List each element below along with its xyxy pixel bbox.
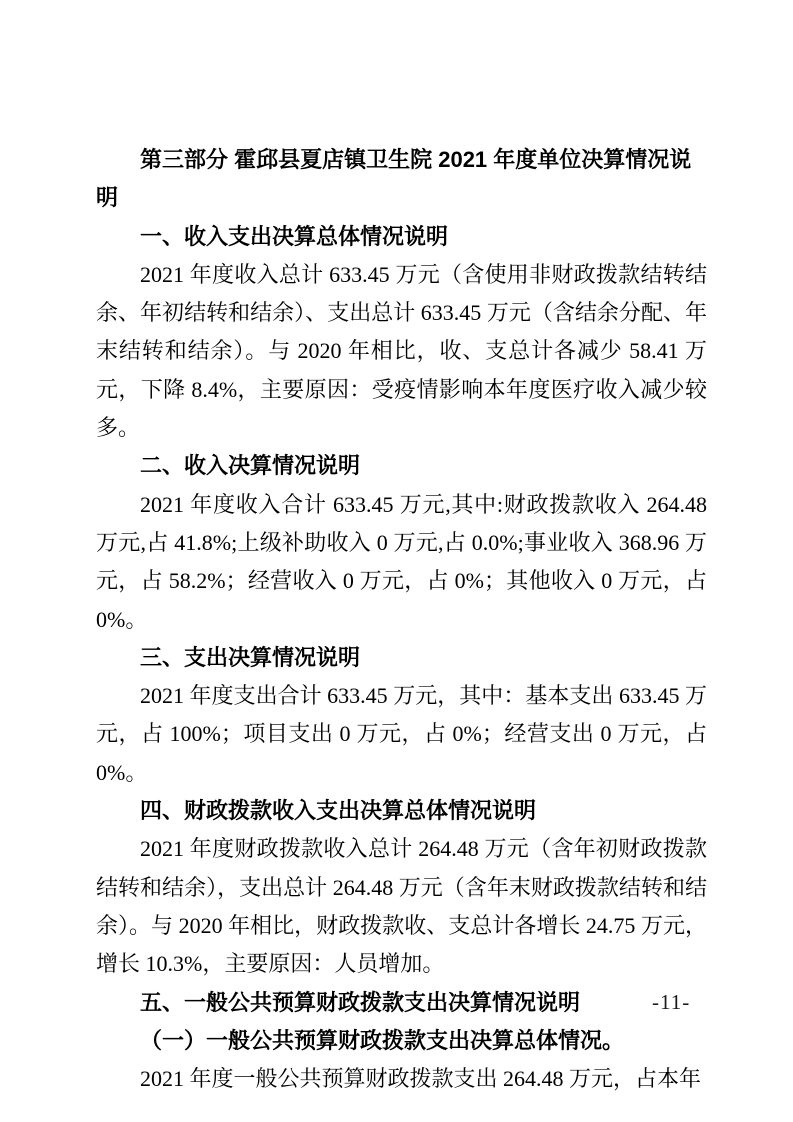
section-4-paragraph: 2021 年度财政拨款收入总计 264.48 万元（含年初财政拨款结转和结余），… (96, 830, 707, 983)
section-2-heading: 二、收入决算情况说明 (96, 447, 707, 485)
section-4-heading: 四、财政拨款收入支出决算总体情况说明 (96, 792, 707, 830)
document-title: 第三部分 霍邱县夏店镇卫生院 2021 年度单位决算情况说明 (96, 141, 707, 218)
section-5-heading: 五、一般公共预算财政拨款支出决算情况说明 (96, 984, 707, 1022)
document-title-text: 第三部分 霍邱县夏店镇卫生院 2021 年度单位决算情况说明 (96, 147, 691, 210)
section-3-heading: 三、支出决算情况说明 (96, 639, 707, 677)
page-number: -11- (652, 990, 690, 1015)
section-5-paragraph: 2021 年度一般公共预算财政拨款支出 264.48 万元，占本年 (96, 1060, 707, 1098)
document-body: 第三部分 霍邱县夏店镇卫生院 2021 年度单位决算情况说明 一、收入支出决算总… (96, 141, 707, 1098)
section-1-paragraph: 2021 年度收入总计 633.45 万元（含使用非财政拨款结转结余、年初结转和… (96, 256, 707, 447)
section-1-heading: 一、收入支出决算总体情况说明 (96, 218, 707, 256)
section-5-subheading: （一）一般公共预算财政拨款支出决算总体情况。 (96, 1022, 707, 1060)
section-2-paragraph: 2021 年度收入合计 633.45 万元,其中:财政拨款收入 264.48 万… (96, 486, 707, 639)
section-3-paragraph: 2021 年度支出合计 633.45 万元，其中：基本支出 633.45 万元，… (96, 677, 707, 792)
document-page: { "document": { "title": "第三部分 霍邱县夏店镇卫生院… (0, 0, 793, 1122)
